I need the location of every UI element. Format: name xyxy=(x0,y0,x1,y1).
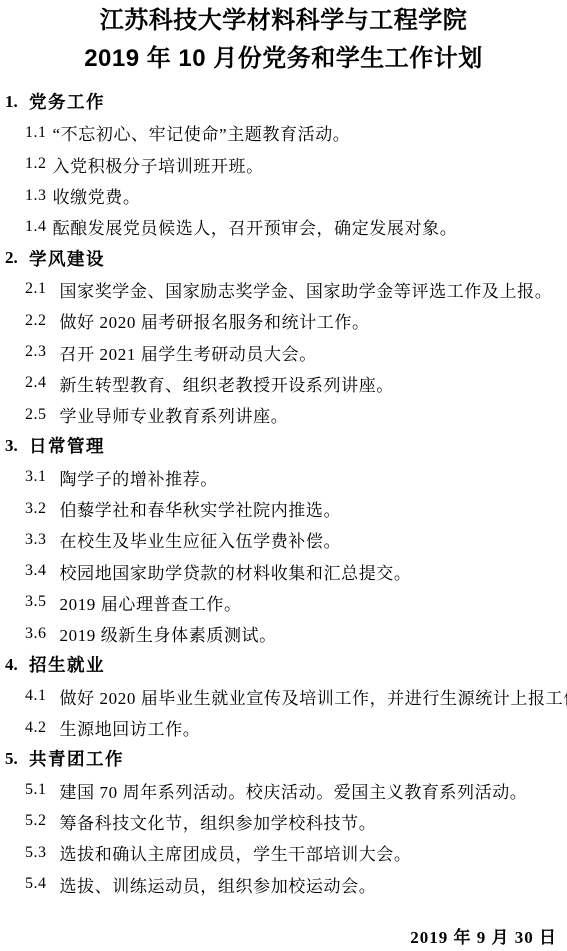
plan-item-number: 1.2 xyxy=(25,155,47,173)
plan-item-text: 建国 70 周年系列活动。校庆活动。爱国主义教育系列活动。 xyxy=(60,778,528,803)
plan-item-text: 做好 2020 届毕业生就业宣传及培训工作，并进行生源统计上报工作。 xyxy=(60,684,567,709)
section-number: 1. xyxy=(5,92,29,112)
section-title: 党务工作 xyxy=(29,89,105,114)
plan-item-number: 3.5 xyxy=(25,593,47,611)
plan-item: 5.1建国 70 周年系列活动。校庆活动。爱国主义教育系列活动。 xyxy=(0,775,567,806)
section-number: 5. xyxy=(5,749,29,769)
plan-item-number: 2.4 xyxy=(25,374,47,392)
plan-item-text: 选拔和确认主席团成员，学生干部培训大会。 xyxy=(60,840,412,865)
plan-item: 3.3在校生及毕业生应征入伍学费补偿。 xyxy=(0,524,567,555)
page-title: 江苏科技大学材料科学与工程学院 2019 年 10 月份党务和学生工作计划 xyxy=(0,0,567,74)
section-title: 学风建设 xyxy=(29,246,105,271)
plan-item-text: “不忘初心、牢记使命”主题教育活动。 xyxy=(53,120,351,145)
plan-item-number: 5.1 xyxy=(25,781,47,799)
section-title: 共青团工作 xyxy=(29,746,124,771)
section-heading: 1.党务工作 xyxy=(0,86,567,117)
plan-item-number: 3.1 xyxy=(25,468,47,486)
document-page: 江苏科技大学材料科学与工程学院 2019 年 10 月份党务和学生工作计划 1.… xyxy=(0,0,567,951)
plan-item: 1.3收缴党费。 xyxy=(0,180,567,211)
plan-item: 3.1陶学子的增补推荐。 xyxy=(0,462,567,493)
plan-item-text: 陶学子的增补推荐。 xyxy=(60,465,218,490)
section-number: 2. xyxy=(5,248,29,268)
plan-item-text: 生源地回访工作。 xyxy=(60,715,201,740)
plan-item: 3.2伯藜学社和春华秋实学社院内推选。 xyxy=(0,493,567,524)
plan-item-number: 5.4 xyxy=(25,875,47,893)
plan-item: 2.1国家奖学金、国家励志奖学金、国家助学金等评选工作及上报。 xyxy=(0,274,567,305)
section-heading: 5.共青团工作 xyxy=(0,743,567,774)
plan-item-number: 5.3 xyxy=(25,844,47,862)
plan-item-text: 新生转型教育、组织老教授开设系列讲座。 xyxy=(60,371,394,396)
plan-item-number: 2.3 xyxy=(25,343,47,361)
title-line-1: 江苏科技大学材料科学与工程学院 xyxy=(0,0,567,36)
plan-item-text: 校园地国家助学贷款的材料收集和汇总提交。 xyxy=(60,559,412,584)
plan-item-number: 2.5 xyxy=(25,406,47,424)
section-title: 招生就业 xyxy=(29,652,105,677)
plan-item-text: 做好 2020 届考研报名服务和统计工作。 xyxy=(60,308,370,333)
plan-item-text: 伯藜学社和春华秋实学社院内推选。 xyxy=(60,496,342,521)
plan-item: 2.4新生转型教育、组织老教授开设系列讲座。 xyxy=(0,368,567,399)
plan-item: 3.62019 级新生身体素质测试。 xyxy=(0,618,567,649)
plan-item: 5.3选拔和确认主席团成员，学生干部培训大会。 xyxy=(0,837,567,868)
plan-item-number: 1.3 xyxy=(25,187,47,205)
plan-sections: 1.党务工作1.1“不忘初心、牢记使命”主题教育活动。1.2入党积极分子培训班开… xyxy=(0,86,567,900)
plan-item-number: 1.1 xyxy=(25,124,47,142)
plan-item: 3.52019 届心理普查工作。 xyxy=(0,587,567,618)
plan-item-text: 2019 级新生身体素质测试。 xyxy=(60,621,277,646)
plan-item-text: 2019 届心理普查工作。 xyxy=(60,590,242,615)
plan-item: 1.1“不忘初心、牢记使命”主题教育活动。 xyxy=(0,117,567,148)
document-date: 2019 年 9 月 30 日 xyxy=(410,923,557,948)
section-title: 日常管理 xyxy=(29,433,105,458)
plan-item-text: 在校生及毕业生应征入伍学费补偿。 xyxy=(60,527,342,552)
plan-item: 5.2筹备科技文化节，组织参加学校科技节。 xyxy=(0,806,567,837)
plan-item-text: 入党积极分子培训班开班。 xyxy=(53,152,264,177)
plan-item-text: 酝酿发展党员候选人，召开预审会，确定发展对象。 xyxy=(53,214,458,239)
plan-item-text: 召开 2021 届学生考研动员大会。 xyxy=(60,340,317,365)
plan-item: 4.1做好 2020 届毕业生就业宣传及培训工作，并进行生源统计上报工作。 xyxy=(0,681,567,712)
plan-item: 2.2做好 2020 届考研报名服务和统计工作。 xyxy=(0,305,567,336)
section-number: 4. xyxy=(5,655,29,675)
plan-item: 4.2生源地回访工作。 xyxy=(0,712,567,743)
plan-item: 5.4选拔、训练运动员，组织参加校运动会。 xyxy=(0,868,567,899)
plan-item-number: 2.1 xyxy=(25,280,47,298)
plan-item-number: 2.2 xyxy=(25,312,47,330)
plan-item: 1.2入党积极分子培训班开班。 xyxy=(0,149,567,180)
plan-item-number: 1.4 xyxy=(25,218,47,236)
plan-item-number: 5.2 xyxy=(25,812,47,830)
plan-item-number: 3.3 xyxy=(25,531,47,549)
plan-item-number: 3.6 xyxy=(25,625,47,643)
plan-item-text: 筹备科技文化节，组织参加学校科技节。 xyxy=(60,809,377,834)
plan-item-number: 3.2 xyxy=(25,500,47,518)
plan-item-number: 3.4 xyxy=(25,562,47,580)
plan-item-number: 4.1 xyxy=(25,687,47,705)
plan-item-text: 选拔、训练运动员，组织参加校运动会。 xyxy=(60,872,377,897)
plan-item: 3.4校园地国家助学贷款的材料收集和汇总提交。 xyxy=(0,555,567,586)
section-heading: 2.学风建设 xyxy=(0,242,567,273)
plan-item-text: 学业导师专业教育系列讲座。 xyxy=(60,402,289,427)
plan-item: 1.4酝酿发展党员候选人，召开预审会，确定发展对象。 xyxy=(0,211,567,242)
section-heading: 4.招生就业 xyxy=(0,649,567,680)
plan-item-text: 收缴党费。 xyxy=(53,183,141,208)
plan-item-number: 4.2 xyxy=(25,719,47,737)
plan-item: 2.5学业导师专业教育系列讲座。 xyxy=(0,399,567,430)
section-number: 3. xyxy=(5,436,29,456)
plan-item: 2.3召开 2021 届学生考研动员大会。 xyxy=(0,336,567,367)
plan-item-text: 国家奖学金、国家励志奖学金、国家助学金等评选工作及上报。 xyxy=(60,277,553,302)
section-heading: 3.日常管理 xyxy=(0,430,567,461)
title-line-2: 2019 年 10 月份党务和学生工作计划 xyxy=(0,44,567,74)
